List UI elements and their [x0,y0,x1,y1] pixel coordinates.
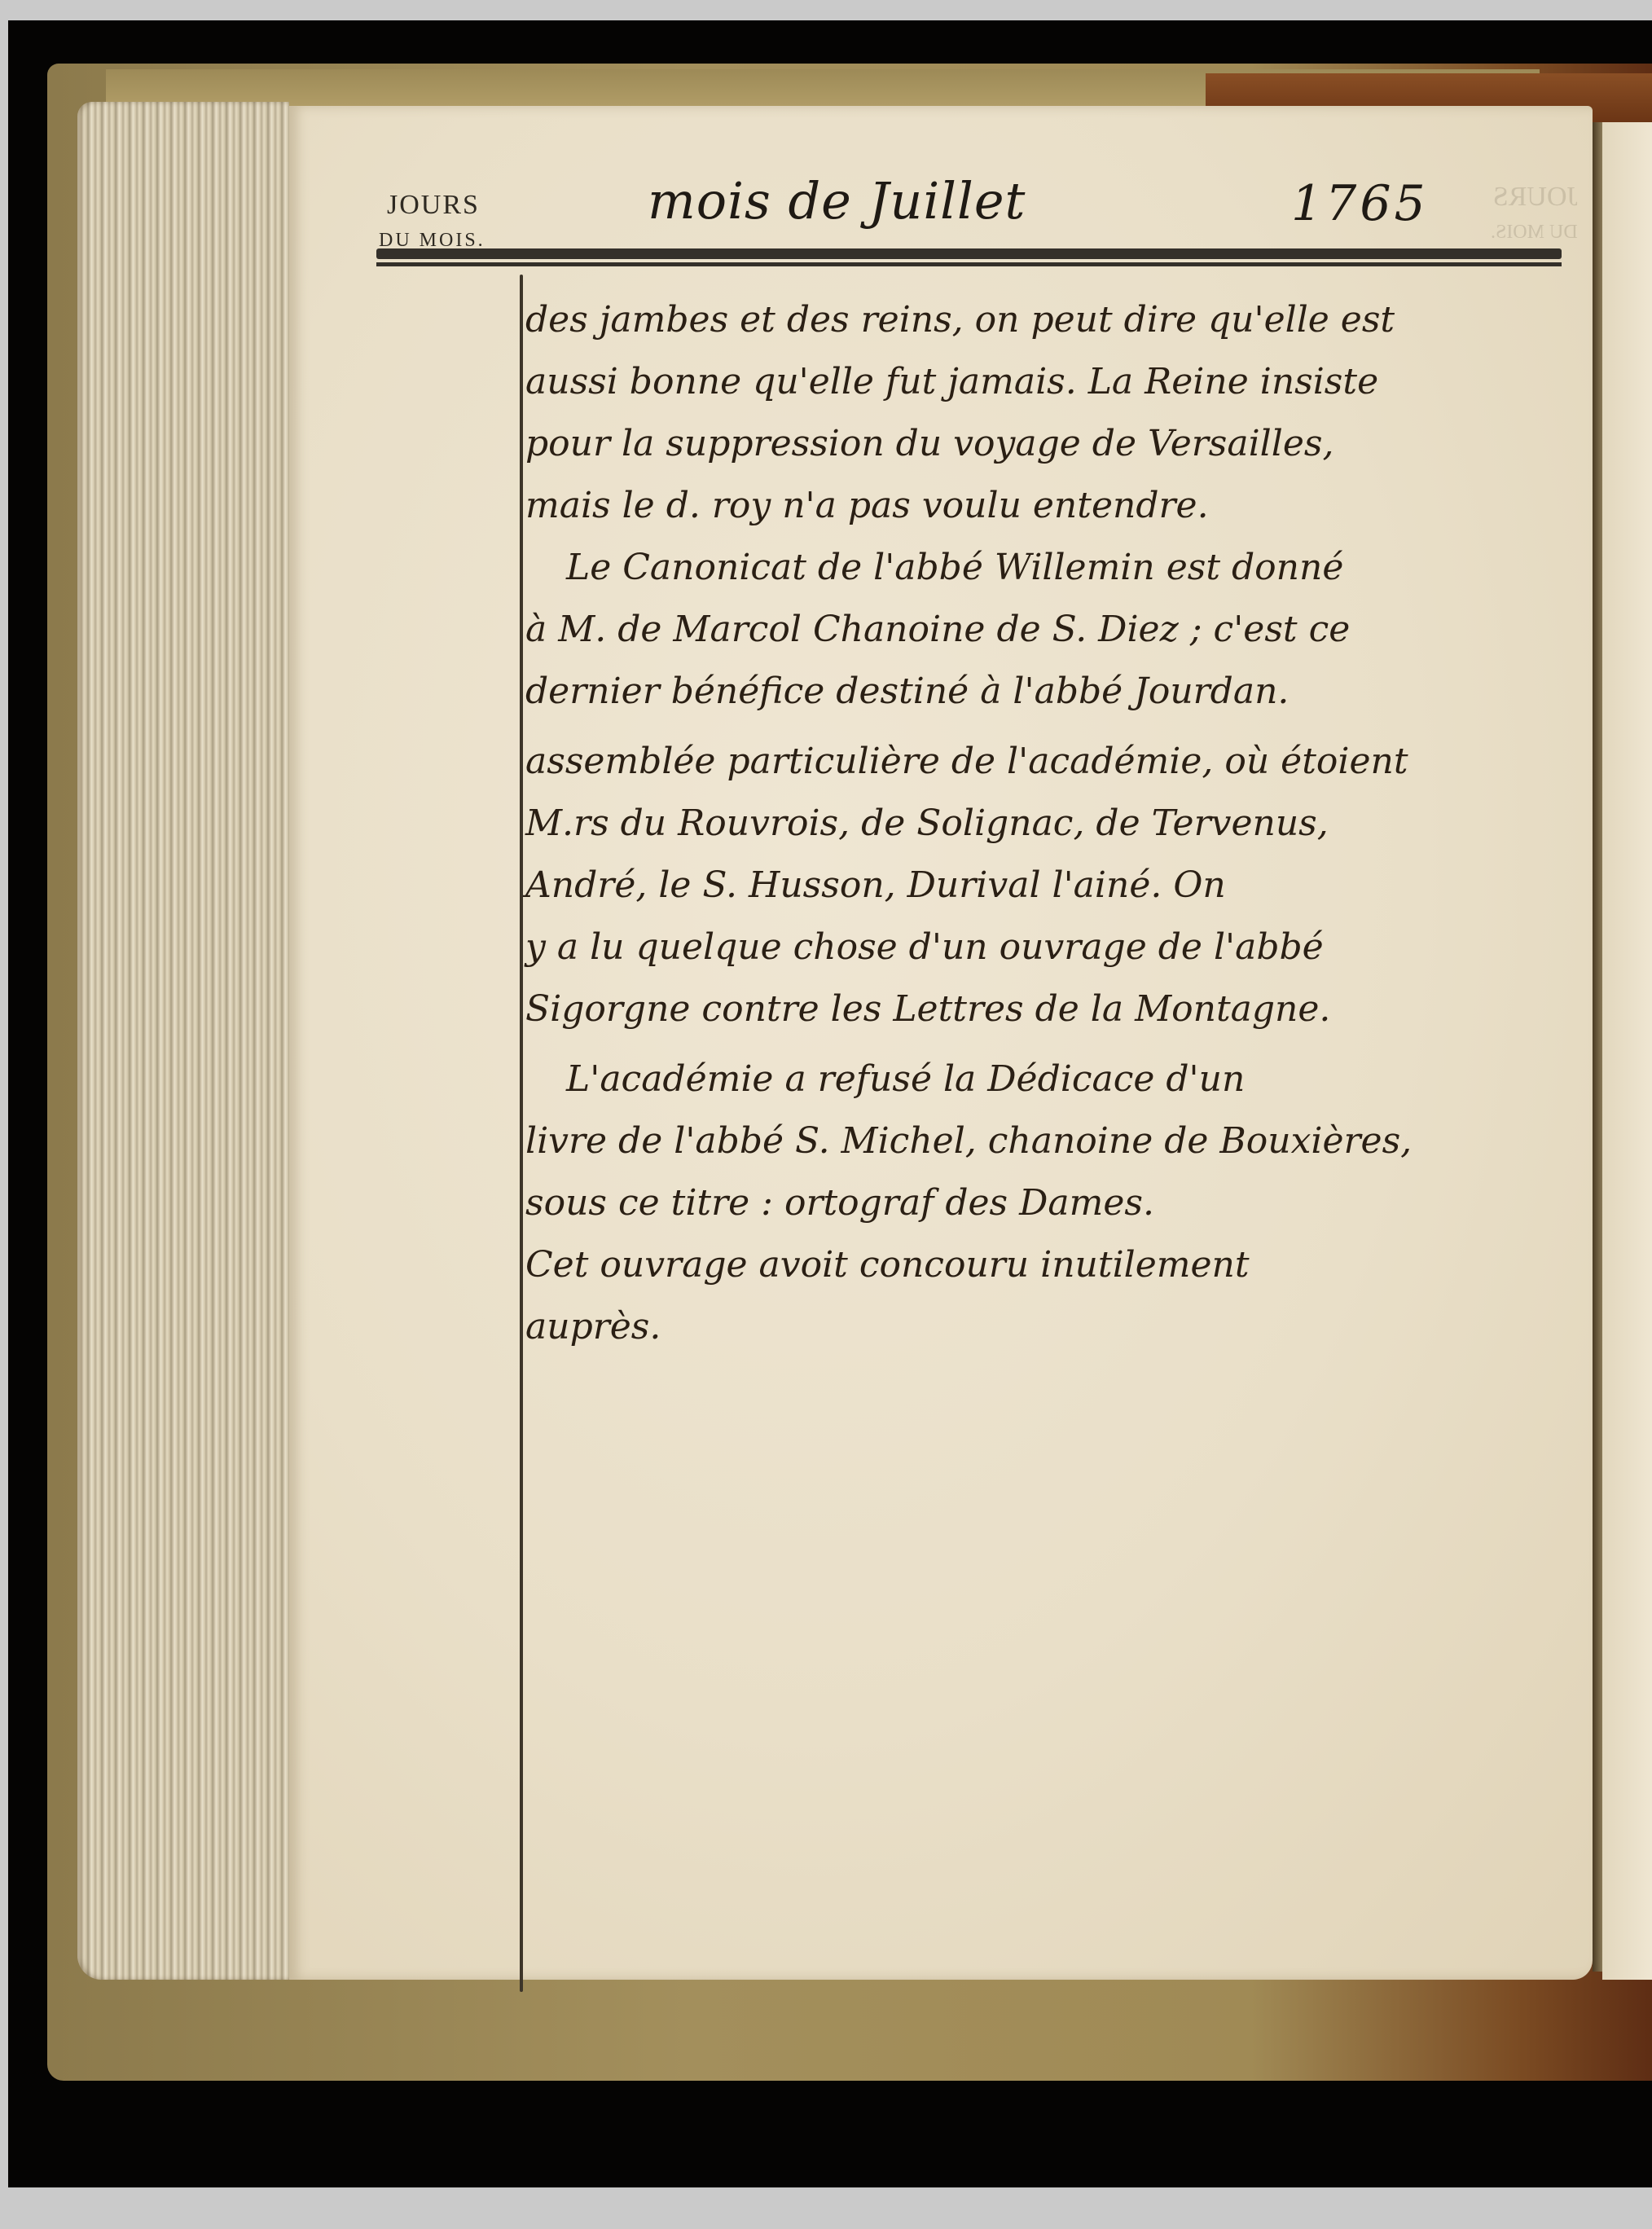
manuscript-line: à M. de Marcol Chanoine de S. Diez ; c'e… [525,599,1584,661]
manuscript-line: aussi bonne qu'elle fut jamais. La Reine… [525,351,1584,413]
manuscript-line: M.rs du Rouvrois, de Solignac, de Terven… [525,793,1584,855]
page-gutter [1593,122,1602,1972]
ghost-printed-header: JOURS DU MOIS. [1491,183,1578,242]
printed-header-jours: JOURS [387,191,485,219]
handwritten-month-title: mois de Juillet [648,171,1026,231]
manuscript-line: Cet ouvrage avoit concouru inutilement [525,1234,1584,1296]
manuscript-line: livre de l'abbé S. Michel, chanoine de B… [525,1110,1584,1172]
paragraph: des jambes et des reins, on peut dire qu… [525,289,1584,537]
manuscript-line: auprès. [525,1296,1584,1358]
facing-page-sliver [1602,122,1652,1980]
manuscript-line: Sigorgne contre les Lettres de la Montag… [525,978,1584,1040]
page-block-edges [77,102,289,1980]
printed-column-header: JOURS DU MOIS. [379,191,485,250]
manuscript-line: assemblée particulière de l'académie, où… [525,731,1584,793]
manuscript-line: sous ce titre : ortograf des Dames. [525,1172,1584,1234]
printed-header-du-mois: DU MOIS. [379,231,485,250]
manuscript-line: L'académie a refusé la Dédicace d'un [525,1049,1584,1110]
manuscript-line: des jambes et des reins, on peut dire qu… [525,289,1584,351]
paragraph: L'académie a refusé la Dédicace d'un liv… [525,1049,1584,1358]
day-column-rule [520,275,523,1992]
manuscript-line: mais le d. roy n'a pas voulu entendre. [525,475,1584,537]
paragraph: Le Canonicat de l'abbé Willemin est donn… [525,537,1584,723]
header-rule-thin [376,262,1562,266]
manuscript-text: des jambes et des reins, on peut dire qu… [525,289,1584,1358]
header-rule-thick [376,248,1562,259]
ghost-header-line2: DU MOIS. [1491,222,1578,242]
manuscript-line: y a lu quelque chose d'un ouvrage de l'a… [525,917,1584,978]
manuscript-line: pour la suppression du voyage de Versail… [525,413,1584,475]
handwritten-year: 1765 [1291,175,1429,232]
manuscript-line: André, le S. Husson, Durival l'ainé. On [525,855,1584,917]
manuscript-line: Le Canonicat de l'abbé Willemin est donn… [525,537,1584,599]
manuscript-line: dernier bénéfice destiné à l'abbé Jourda… [525,661,1584,723]
paragraph: assemblée particulière de l'académie, où… [525,731,1584,1040]
ghost-header-line1: JOURS [1491,183,1578,211]
